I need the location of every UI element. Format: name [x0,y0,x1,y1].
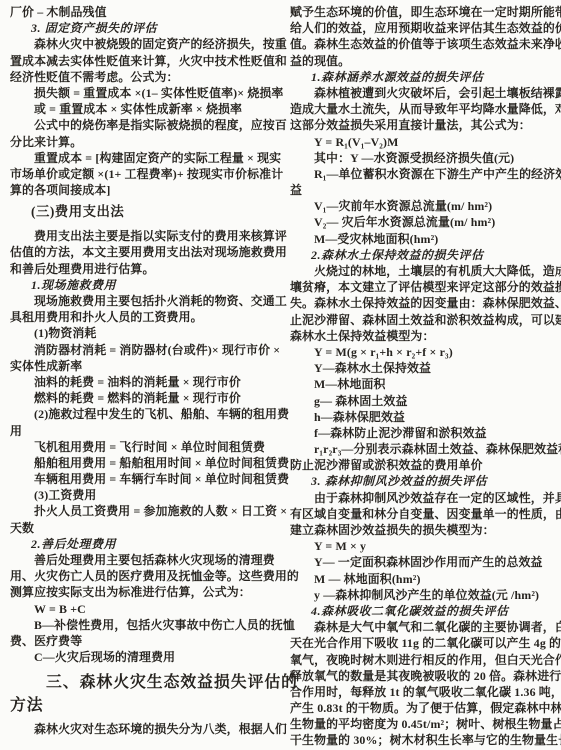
body-text-line: V₂— 灾后年水资源总流量(m/ hm²) [290,214,553,230]
body-text-line: 具租用费用和扑火人员的工资费用。 [10,309,273,325]
body-text-line: M—林地面积 [290,376,553,392]
body-text-line: 止泥沙滞留、森林固土效益和淤积效益构成，可以建立 [290,312,553,328]
formula-line: Y = M(g × r₁+h × r₂+f × r₃) [290,344,553,360]
body-text-line: 善后处理费用主要包括森林火灾现场的清理费 [10,552,273,568]
body-text-line: 公式中的烧伤率是指实际被烧损的程度，应按百 [10,117,273,133]
formula-line: 油料的耗费 = 油料的消耗量 × 现行市价 [10,374,273,390]
body-text-line: 建立森林固沙效益损失的损失模型为： [290,522,553,538]
body-text-line: r₁r₂r₃—分别表示森林固土效益、森林保肥效益和 [290,441,553,457]
formula-line: 损失额 = 重置成本 ×(1– 实体性贬值率)× 烧损率 [10,85,273,101]
subsection-heading: 2.善后处理费用 [10,536,273,552]
body-text-line: V₁—灾前年水资源总流量(m/ hm²) [290,198,553,214]
formula-line: 或 = 重置成本 × 实体性成新率 × 烧损率 [10,101,273,117]
body-text-line: (2)施救过程中发生的飞机、船舶、车辆的租用费 [10,406,273,422]
body-text-line: 森林火灾对生态环境的损失分为八类，根据人们 [10,721,273,737]
body-text-line: Y— 一定面积森林固沙作用而产生的总效益 [290,554,553,570]
body-text-line: 壤贫瘠，本文建立了评估模型来评定这部分的效益损 [290,279,553,295]
formula-line: 飞机租用费用 = 飞行时间 × 单位时间租赁费 [10,439,273,455]
body-text-line: 测算应按实际支出为标准进行估算，公式为： [10,584,273,600]
formula-line: 重置成本 = [构建固定资产的实际工程量 × 现实 [10,150,273,166]
body-text-line: 由于森林抑制风沙效益存在一定的区域性，并具 [290,490,553,506]
body-text-line: 置成本减去实体性贬值来计算，火灾中技术性贬值和 [10,53,273,69]
body-text-line: 合作用时，每释放 1t 的氧气吸收二氧化碳 1.36 吨，并 [290,684,553,700]
body-text-line: 费、医疗费等 [10,633,273,649]
body-text-line: 实体性成新率 [10,358,273,374]
body-text-line: 市场单价或定额 ×(1+ 工程费率)+ 按现实市价标准计 [10,166,273,182]
body-text-line: C—火灾后现场的清理费用 [10,649,273,665]
body-text-line: f—森林防止泥沙滞留和淤积效益 [290,425,553,441]
body-text-line: 产生 0.83t 的干物质。为了便于估算，假定森林中林木 [290,700,553,716]
body-text-line: B—补偿性费用，包括火灾事故中伤亡人员的抚恤 [10,617,273,633]
body-text-line: (3)工资费用 [10,487,273,503]
body-text-line: 经济性贬值不需考虑。公式为： [10,69,273,85]
body-text-line: 费用支出法主要是指以实际支付的费用来核算评 [10,228,273,244]
body-text-line: 用、火灾伤亡人员的医疗费用及抚恤金等。这些费用的 [10,568,273,584]
section-heading: (三)费用支出法 [10,203,273,221]
chapter-heading-line: 三、森林火灾生态效益损失评估的 [10,671,273,694]
body-text-line: 用 [10,423,273,439]
body-text-line: 厂价 – 木制品残值 [10,4,273,20]
body-text-line: 森林是大气中氧气和二氧化碳的主要协调者，白 [290,619,553,635]
formula-line: Y = M × y [290,538,553,554]
subsection-heading: 2.森林水土保持效益的损失评估 [290,247,553,263]
body-text-line: M — 林地面积(hm²) [290,571,553,587]
body-text-line: 天在光合作用下吸收 11g 的二氧化碳可以产生 4g 的 [290,635,553,651]
body-text-line: 这部分效益损失采用直接计量法，其公式为： [290,117,553,133]
body-text-line: 干生物量的 30%；树木材积生长率与它的生物量生长 [290,732,553,748]
body-text-line: 火烧过的林地，土壤层的有机质大大降低，造成土 [290,263,553,279]
body-text-line: 其中：Y —水资源受损经济损失值(元) [290,150,553,166]
body-text-line: 益 [290,182,553,198]
body-text-line: 生物量的平均密度为 0.45t/m²；树叶、树根生物量占树 [290,716,553,732]
body-text-line: 和善后处理费用进行估算。 [10,261,273,277]
subsection-heading: 1.现场施救费用 [10,277,273,293]
right-column: 赋予生态环境的价值，即生态环境在一定时期所能带给人们的效益，应用预期收益来评估其… [290,4,553,750]
subsection-heading: 4.森林吸收二氧化碳效益的损失评估 [290,603,553,619]
formula-line: W = B +C [10,601,273,617]
chapter-heading-line: 方法 [10,694,273,717]
body-text-line: 森林植被遭到火灾破坏后，会引起土壤板结裸露， [290,85,553,101]
body-text-line: 释放氧气的数量是其夜晚被吸收的 20 倍。森林进行光 [290,668,553,684]
body-text-line: R₁—单位蓄积水资源在下游生产中产生的经济效 [290,166,553,182]
body-text-line: 给人们的效益，应用预期收益来评估其生态效益的价 [290,20,553,36]
body-text-line: 赋予生态环境的价值，即生态环境在一定时期所能带 [290,4,553,20]
body-text-line: 森林水土保持效益模型为： [290,328,553,344]
formula-line: 车辆租用费用 = 车辆行车时间 × 单位时间租赁费 [10,471,273,487]
body-text-line: 值。森林生态效益的价值等于该项生态效益未来净收 [290,36,553,52]
body-text-line: g— 森林固土效益 [290,393,553,409]
subsection-heading: 3. 森林抑制风沙效益的损失评估 [290,473,553,489]
body-text-line: 造成大量水土流失，从而导致年平均降水量降低，对于 [290,101,553,117]
body-text-line: 分比来计算。 [10,134,273,150]
body-text-line: (1)物资消耗 [10,325,273,341]
subsection-heading: 1.森林涵养水源效益的损失评估 [290,69,553,85]
body-text-line: 益的现值。 [290,53,553,69]
body-text-line: 防止泥沙滞留或淤积效益的费用单价 [290,457,553,473]
body-text-line: h—森林保肥效益 [290,409,553,425]
formula-line: 船舶租用费用 = 船舶租用时间 × 单位时间租赁费 [10,455,273,471]
formula-line: 消防器材消耗 = 消防器材(台或件)× 现行市价 × [10,342,273,358]
body-text-line: 失。森林水土保持效益的因变量由：森林保肥效益、防 [290,295,553,311]
body-text-line: 有区域自变量和林分自变量、因变量单一的性质，由此 [290,506,553,522]
body-text-line: 天数 [10,520,273,536]
body-text-line: 估值的方法，本文主要用费用支出法对现场施救费用 [10,244,273,260]
body-text-line: y —森林抑制风沙产生的单位效益(元 /hm²) [290,587,553,603]
subsection-heading: 3. 固定资产损失的评估 [10,20,273,36]
document-page: 厂价 – 木制品残值3. 固定资产损失的评估森林火灾中被烧毁的固定资产的经济损失… [0,0,561,750]
formula-line: 燃料的耗费 = 燃料的消耗量 × 现行市价 [10,390,273,406]
body-text-line: 氧气，夜晚时树木则进行相反的作用，但白天光合作用 [290,652,553,668]
body-text-line: Y—森林水土保持效益 [290,360,553,376]
formula-line: Y = R₁(V₁–V₂)M [290,134,553,150]
body-text-line: 算的各项间接成本] [10,182,273,198]
left-column: 厂价 – 木制品残值3. 固定资产损失的评估森林火灾中被烧毁的固定资产的经济损失… [10,4,273,750]
formula-line: 扑火人员工资费用 = 参加施救的人数 × 日工资 × [10,503,273,519]
body-text-line: 现场施救费用主要包括扑火消耗的物资、交通工 [10,293,273,309]
body-text-line: M—受灾林地面积(hm²) [290,231,553,247]
body-text-line: 森林火灾中被烧毁的固定资产的经济损失，按重 [10,36,273,52]
